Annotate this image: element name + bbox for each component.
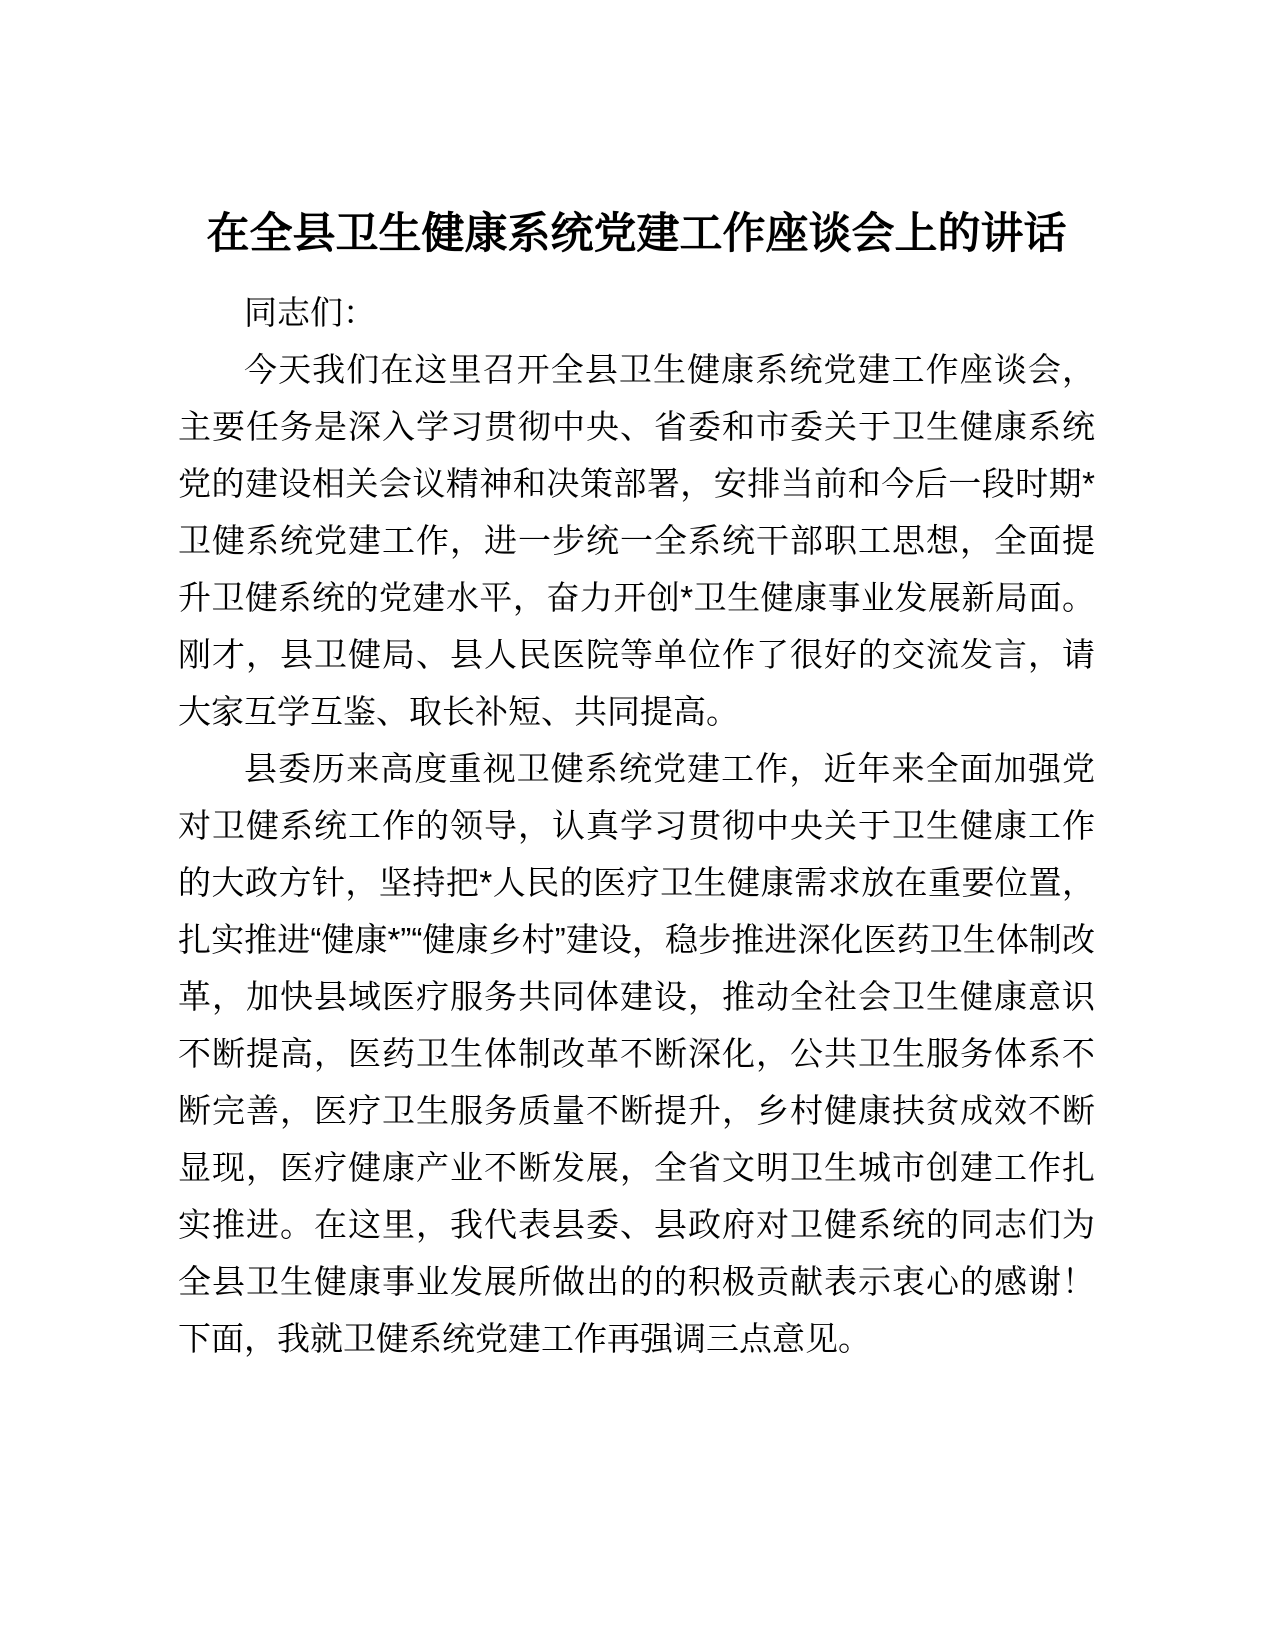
document-title: 在全县卫生健康系统党建工作座谈会上的讲话 (178, 204, 1095, 264)
paragraph-2: 县委历来高度重视卫健系统党建工作，近年来全面加强党对卫健系统工作的领导，认真学习… (178, 740, 1095, 1367)
paragraph-1: 今天我们在这里召开全县卫生健康系统党建工作座谈会，主要任务是深入学习贯彻中央、省… (178, 341, 1095, 740)
salutation: 同志们： (178, 284, 1095, 341)
document-page: 在全县卫生健康系统党建工作座谈会上的讲话 同志们： 今天我们在这里召开全县卫生健… (0, 0, 1275, 1650)
